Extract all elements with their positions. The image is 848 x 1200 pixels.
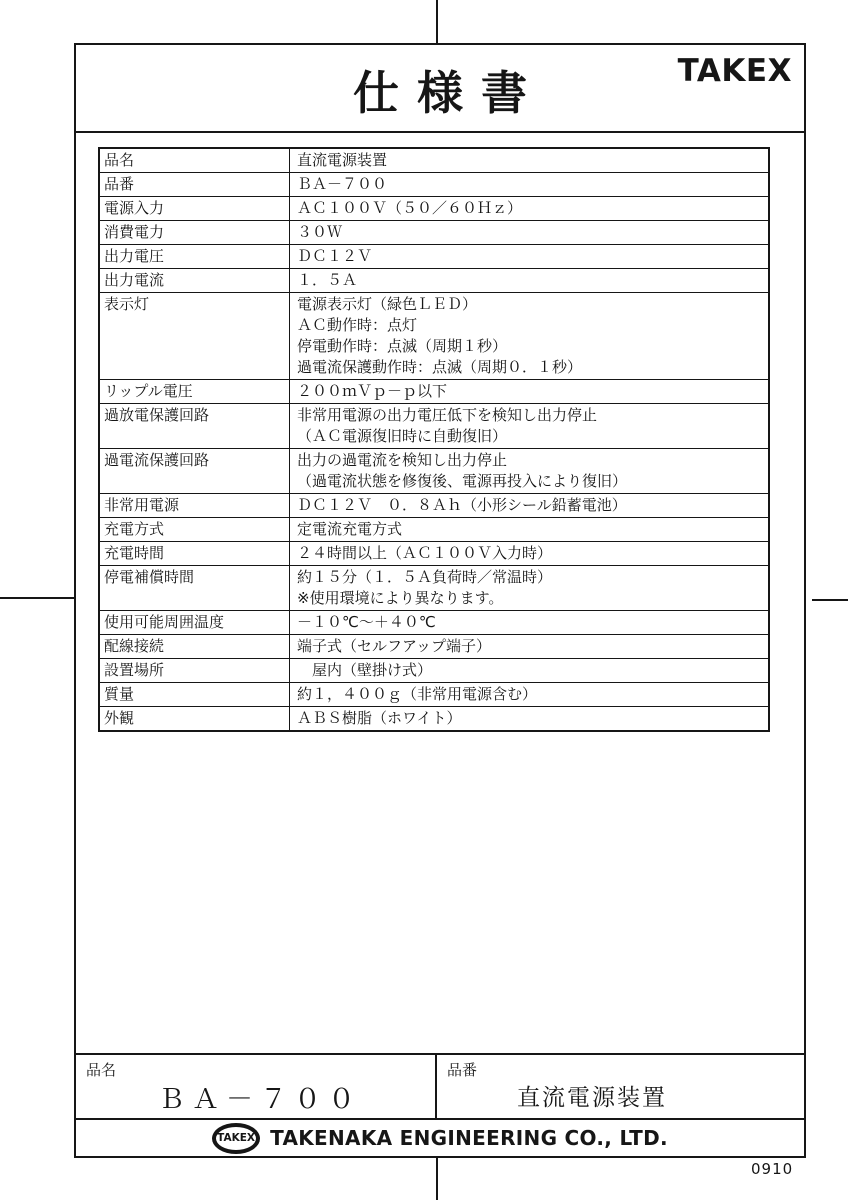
spec-label: 過電流保護回路 [100,449,290,493]
spec-label: 品名 [100,149,290,172]
crop-mark-right [812,599,848,601]
spec-table-row: 非常用電源 ＤＣ１２Ｖ ０．８Ａｈ（小形シール鉛蓄電池） [100,493,768,517]
spec-table-row: 出力電圧 ＤＣ１２Ｖ [100,244,768,268]
spec-table-row: 充電時間 ２４時間以上（ＡＣ１００Ｖ入力時） [100,541,768,565]
spec-value: ＡＣ１００Ｖ（５０／６０Ｈｚ） [290,197,768,220]
company-bar: TAKEX TAKENAKA ENGINEERING CO., LTD. [76,1118,804,1156]
spec-label: 出力電圧 [100,245,290,268]
bottom-left-value: ＢＡ－７００ [158,1077,362,1116]
spec-label: 消費電力 [100,221,290,244]
spec-table-row: 設置場所 屋内（壁掛け式） [100,658,768,682]
bottom-left-label: 品名 [86,1059,116,1080]
spec-table-row: 電源入力 ＡＣ１００Ｖ（５０／６０Ｈｚ） [100,196,768,220]
spec-label: 配線接続 [100,635,290,658]
spec-label: 品番 [100,173,290,196]
spec-value: 電源表示灯（緑色ＬＥＤ）ＡＣ動作時：点灯停電動作時：点滅（周期１秒）過電流保護動… [290,293,768,379]
spec-table-row: 外観 ＡＢＳ樹脂（ホワイト） [100,706,768,730]
spec-label: 非常用電源 [100,494,290,517]
spec-label: 表示灯 [100,293,290,379]
spec-value: １．５Ａ [290,269,768,292]
spec-table-row: 品番 ＢＡ－７００ [100,172,768,196]
spec-label: 停電補償時間 [100,566,290,610]
spec-value: 端子式（セルフアップ端子） [290,635,768,658]
bottom-product-name-cell: 品名 ＢＡ－７００ [76,1055,437,1118]
spec-value: ＡＢＳ樹脂（ホワイト） [290,707,768,730]
spec-value: ２００ｍＶｐ－ｐ以下 [290,380,768,403]
spec-value: －１０℃～＋４０℃ [290,611,768,634]
doc-code: 0910 [751,1160,793,1178]
spec-label: 設置場所 [100,659,290,682]
spec-label: 電源入力 [100,197,290,220]
spec-label: 充電方式 [100,518,290,541]
spec-value: ＤＣ１２Ｖ [290,245,768,268]
crop-mark-bottom [436,1157,438,1200]
spec-table: 品名 直流電源装置 品番 ＢＡ－７００ 電源入力 ＡＣ１００Ｖ（５０／６０Ｈｚ） [98,147,770,732]
spec-value: 屋内（壁掛け式） [290,659,768,682]
spec-table-row: 使用可能周囲温度 －１０℃～＋４０℃ [100,610,768,634]
spec-table-row: リップル電圧 ２００ｍＶｐ－ｐ以下 [100,379,768,403]
spec-value: ２４時間以上（ＡＣ１００Ｖ入力時） [290,542,768,565]
bottom-info-row: 品名 ＢＡ－７００ 品番 直流電源装置 [76,1053,804,1118]
spec-label: 使用可能周囲温度 [100,611,290,634]
spec-table-row: 品名 直流電源装置 [100,149,768,172]
spec-label: リップル電圧 [100,380,290,403]
spec-table-row: 停電補償時間 約１５分（１．５Ａ負荷時／常温時）※使用環境により異なります。 [100,565,768,610]
spec-label: 充電時間 [100,542,290,565]
company-name: TAKENAKA ENGINEERING CO., LTD. [270,1126,668,1150]
spec-table-row: 消費電力 ３０Ｗ [100,220,768,244]
spec-label: 過放電保護回路 [100,404,290,448]
spec-label: 外観 [100,707,290,730]
spec-value: ＢＡ－７００ [290,173,768,196]
spec-table-row: 質量 約１，４００ｇ（非常用電源含む） [100,682,768,706]
spec-value: 約１，４００ｇ（非常用電源含む） [290,683,768,706]
main-area: 品名 直流電源装置 品番 ＢＡ－７００ 電源入力 ＡＣ１００Ｖ（５０／６０Ｈｚ） [76,133,804,1053]
spec-table-row: 出力電流 １．５Ａ [100,268,768,292]
spec-value: ３０Ｗ [290,221,768,244]
bottom-right-label: 品番 [447,1059,477,1080]
spec-value: 出力の過電流を検知し出力停止（過電流状態を修復後、電源再投入により復旧） [290,449,768,493]
header: 仕様書 TAKEX [76,45,804,133]
spec-value: 非常用電源の出力電圧低下を検知し出力停止（ＡＣ電源復旧時に自動復旧） [290,404,768,448]
bottom-product-number-cell: 品番 直流電源装置 [437,1055,804,1118]
takex-brand-logo: TAKEX [678,53,792,89]
spec-label: 出力電流 [100,269,290,292]
spec-label: 質量 [100,683,290,706]
spec-value: 約１５分（１．５Ａ負荷時／常温時）※使用環境により異なります。 [290,566,768,610]
spec-table-row: 過放電保護回路 非常用電源の出力電圧低下を検知し出力停止（ＡＣ電源復旧時に自動復… [100,403,768,448]
spec-table-row: 過電流保護回路 出力の過電流を検知し出力停止（過電流状態を修復後、電源再投入によ… [100,448,768,493]
spec-sheet-page: 仕様書 TAKEX 品名 直流電源装置 品番 ＢＡ－７００ [0,0,848,1200]
spec-value: ＤＣ１２Ｖ ０．８Ａｈ（小形シール鉛蓄電池） [290,494,768,517]
spec-table-row: 表示灯 電源表示灯（緑色ＬＥＤ）ＡＣ動作時：点灯停電動作時：点滅（周期１秒）過電… [100,292,768,379]
takex-oval-logo-icon: TAKEX [212,1123,260,1154]
page-frame: 仕様書 TAKEX 品名 直流電源装置 品番 ＢＡ－７００ [74,43,806,1158]
crop-mark-top [436,0,438,43]
spec-value: 定電流充電方式 [290,518,768,541]
spec-table-row: 充電方式 定電流充電方式 [100,517,768,541]
spec-table-row: 配線接続 端子式（セルフアップ端子） [100,634,768,658]
bottom-right-value: 直流電源装置 [517,1079,667,1112]
crop-mark-left [0,597,80,599]
spec-value: 直流電源装置 [290,149,768,172]
